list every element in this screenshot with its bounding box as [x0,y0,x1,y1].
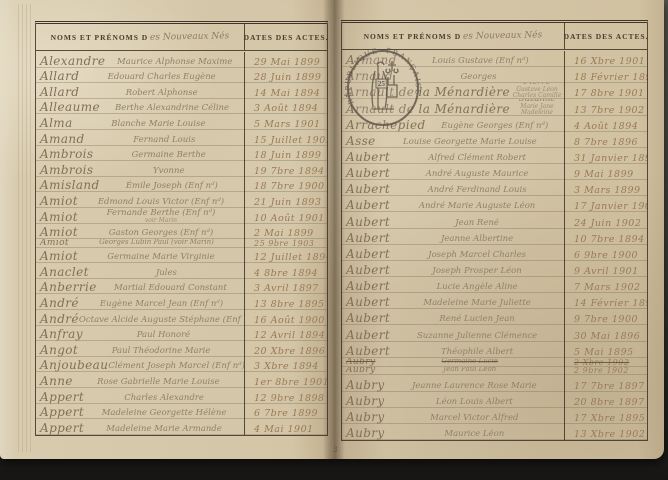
date-cell: 12 9bre 1898 [245,388,327,404]
printed-header-text: NOMS ET PRÉNOMS D [364,32,462,41]
given-names-wrap: Madeleine Marie Armande [84,419,244,435]
act-date-text: 20 8bre 1897 [574,397,645,408]
surname-text: Alma [40,117,73,130]
name-cell: Aubry Germaine Lucie [342,358,565,367]
given-names-text: Edmond Louis Victor (Enf nᵈ) [98,197,224,207]
date-cell: 6 9bre 1900 [565,245,647,261]
surname-text: Amiot [40,211,78,224]
act-date-text: 10 7bre 1894 [574,234,645,245]
name-cell: Amiot Fernande Berthe (Enf nᵈ) voir Mari… [36,208,245,224]
surname-text: Amiot [40,239,69,248]
given-names-wrap: Émile Joseph (Enf nᵈ) [100,177,244,193]
act-date-text: 17 Janvier 1902 [574,201,647,212]
surname-text: André [40,297,79,310]
register-row: Aubry Germaine Lucie 2 Xbre 1902 [342,358,647,367]
given-names-wrap: Jean Paul Léon [375,367,564,376]
given-names-wrap: Joseph Marcel Charles [390,245,564,261]
given-names-wrap: Marcel Victor Alfred [385,408,564,424]
given-names-wrap: Maurice Alphonse Maxime [105,52,244,68]
given-names-text: Joseph Prosper Léon [432,266,521,276]
printed-dates-header-text: DATES DES ACTES. [564,32,649,41]
act-date-text: 17 Xbre 1895 [574,413,645,424]
date-cell: 16 Xbre 1901 [565,51,647,67]
given-names-wrap: André Ferdinand Louis [390,180,564,196]
name-cell: Alleaume Berthe Alexandrine Céline [36,99,245,115]
given-names-wrap: Léon Louis Albert [385,392,564,408]
surname-text: Appert [40,391,84,404]
date-cell: 13 Xbre 1902 [565,424,647,440]
name-cell: Aubert Jeanne Albertine [342,229,565,245]
date-cell: 2 Mai 1899 [245,224,327,240]
date-cell: 9 Avril 1901 [565,261,647,277]
given-names-wrap: Madeleine Marie Juliette [390,293,564,309]
act-date-text: 18 7bre 1900 [254,181,325,192]
given-names-wrap: Gaston Georges (Enf nᵈ) [78,224,244,240]
name-cell: Aubry Léon Louis Albert [342,392,565,408]
name-cell: Aubert René Lucien Jean [342,309,565,325]
name-cell: Aubert André Marie Auguste Léon [342,196,565,212]
act-date-text: 28 Juin 1899 [254,72,321,83]
act-date-text: 21 Juin 1893 [254,197,321,208]
date-cell: 20 Xbre 1896 [245,341,327,357]
name-cell: Anfray Paul Honoré [36,326,245,342]
date-cell: 16 Août 1900 [245,310,327,326]
register-row: Angot Paul Théodorine Marie 20 Xbre 1896 [36,341,327,357]
date-cell: 9 7bre 1900 [565,309,647,325]
act-date-text: 16 Xbre 1901 [574,56,645,67]
act-date-text: 18 Février 1899 [574,72,647,83]
given-names-wrap: Georges Lubin Paul (voir Marin) [69,239,244,248]
register-row: André Octave Alcide Auguste Stéphane (En… [36,310,327,326]
given-names-wrap: Jules [89,263,244,279]
date-cell: 18 Février 1899 [565,67,647,83]
register-row: Appert Charles Alexandre 12 9bre 1898 [36,388,327,404]
date-cell: 20 8bre 1897 [565,392,647,408]
name-cell: Angot Paul Théodorine Marie [36,341,245,357]
act-date-text: 7 Mars 1902 [574,282,641,293]
given-names-wrap: Berthe Alexandrine Céline [100,99,244,115]
surname-text: Aubert [346,199,390,212]
given-names-text: André Ferdinand Louis [428,185,527,195]
act-date-text: 13 8bre 1895 [254,299,325,310]
register-row: Alma Blanche Marie Louise 5 Mars 1901 [36,114,327,130]
register-row: Aubert Suzanne Julienne Clémence 30 Mai … [342,325,647,341]
given-names-text: Martial Edouard Constant [114,283,227,293]
annotation-text: Gustave Léon Charles Camille [510,87,564,99]
name-cell: Aubert Lucie Angèle Aline [342,277,565,293]
name-cell: Amiot Germaine Marie Virginie [36,248,245,264]
register-row: Alleaume Berthe Alexandrine Céline 3 Aoû… [36,99,327,115]
act-date-text: 4 Août 1894 [574,121,638,132]
stamp-value-text: 25 [378,80,386,88]
act-date-text: 30 Mai 1896 [574,331,640,342]
surname-text: Amand [40,133,85,146]
act-date-text: 24 Juin 1902 [574,218,641,229]
register-row: Aubert Madeleine Marie Juliette 14 Févri… [342,293,647,309]
register-row: Amisland Émile Joseph (Enf nᵈ) 18 7bre 1… [36,177,327,193]
given-names-text: Gaston Georges (Enf nᵈ) [109,228,214,238]
surname-text: Anberrie [40,281,97,294]
date-cell: 3 Mars 1899 [565,180,647,196]
given-names-wrap: Lucie Angèle Aline [390,277,564,293]
surname-text: Aubert [346,248,390,261]
date-cell: 1er 8bre 1901 [245,372,327,388]
given-names-wrap: Germaine Lucie [375,358,564,367]
scanned-register-photo: NOMS ET PRÉNOMS D es Nouveaux Nés DATES … [0,0,668,480]
page-edge-texture [18,4,32,452]
register-row: Amiot Edmond Louis Victor (Enf nᵈ) 21 Ju… [36,192,327,208]
date-cell: 9 Mai 1899 [565,164,647,180]
given-names-text: Lucie Angèle Aline [437,282,518,292]
given-names-text: Maurice Léon [444,429,504,439]
register-row: Allard Robert Alphonse 14 Mai 1894 [36,83,327,99]
given-names-text: Blanche Marie Louise [111,119,205,129]
register-row: Anaclet Jules 4 8bre 1894 [36,263,327,279]
register-row: Aubert André Ferdinand Louis 3 Mars 1899 [342,180,647,196]
given-names-text: Eugène Marcel Jean (Enf nᵈ) [100,299,223,309]
surname-text: Amiot [40,226,78,239]
given-names-text: Louise Georgette Marie Louise [403,137,537,147]
name-cell: Asse Louise Georgette Marie Louise [342,132,565,148]
act-date-text: 13 7bre 1902 [574,105,645,116]
date-cell: 29 Mai 1899 [245,52,327,68]
given-names-wrap: Blanche Marie Louise [73,114,244,130]
given-names-text: Germaine Marie Virginie [107,252,214,262]
register-paper: NOMS ET PRÉNOMS D es Nouveaux Nés DATES … [0,0,664,459]
act-date-text: 2 9bre 1902 [574,367,629,376]
date-cell: 17 Janvier 1902 [565,196,647,212]
name-cell: Allard Robert Alphonse [36,83,245,99]
surname-text: Allard [40,86,79,99]
given-names-text: Yvonne [153,166,185,176]
surname-text: Aubert [346,329,390,342]
given-names-wrap: Jeanne Laurence Rose Marie [385,375,564,391]
given-names-text: Madeleine Georgette Hélène [102,408,227,418]
given-names-text: Théophile Albert [441,347,513,357]
given-names-wrap: André Auguste Maurice [390,164,564,180]
register-row: Anne Rose Gabrielle Marie Louise 1er 8br… [36,372,327,388]
register-row: Amiot Gaston Georges (Enf nᵈ) 2 Mai 1899 [36,224,327,240]
register-row: Anjoubeau Clément Joseph Marcel (Enf nᵈ)… [36,357,327,373]
given-names-text: Edouard Charles Eugène [108,72,216,82]
register-row: Aubry Maurice Léon 13 Xbre 1902 [342,424,647,440]
name-cell: Aubry Jean Paul Léon [342,367,565,376]
date-cell: 17 7bre 1897 [565,375,647,391]
surname-text: Appert [40,406,84,419]
given-names-text: Clément Joseph Marcel (Enf nᵈ) [108,361,245,371]
date-cell: 2 Xbre 1902 [565,358,647,367]
given-names-wrap: Charles Alexandre [84,388,244,404]
given-names-wrap: Jeanne Albertine [390,229,564,245]
date-cell: 3 Avril 1897 [245,279,327,295]
name-cell: Aubert Joseph Prosper Léon [342,261,565,277]
surname-text: Aubert [346,345,390,358]
name-cell: Amand Fernand Louis [36,130,245,146]
given-names-wrap: André Marie Auguste Léon [390,196,564,212]
act-date-text: 8 7bre 1896 [574,137,638,148]
date-cell: 2 9bre 1902 [565,367,647,376]
register-row: Ambrois Yvonne 19 7bre 1894 [36,161,327,177]
date-cell: 28 Juin 1899 [245,68,327,84]
date-cell: 4 Mai 1901 [245,419,327,435]
given-names-wrap: Edouard Charles Eugène [79,68,244,84]
given-names-text: Georges Lubin Paul (voir Marin) [99,239,214,246]
surname-text: Amiot [40,250,78,263]
given-names-text: Madeleine Marie Juliette [423,298,530,308]
act-date-text: 10 Août 1901 [254,213,325,224]
register-row: Aubert Joseph Marcel Charles 6 9bre 1900 [342,245,647,261]
register-row: Aubert Jean René 24 Juin 1902 [342,212,647,228]
act-date-text: 31 Janvier 1898 [574,153,647,164]
given-names-text: René Lucien Jean [439,314,514,324]
date-cell: 8 7bre 1896 [565,132,647,148]
surname-text: Aubert [346,167,390,180]
surname-text: Aubert [346,296,390,309]
register-row: Appert Madeleine Georgette Hélène 6 7bre… [36,404,327,420]
name-cell: Appert Madeleine Marie Armande [36,419,245,435]
given-names-wrap: Yvonne [93,161,244,177]
surname-text: Aubry [346,395,385,408]
date-cell: 5 Mars 1901 [245,114,327,130]
date-cell: 18 Juin 1899 [245,146,327,162]
act-date-text: 13 Xbre 1902 [574,429,645,440]
given-names-wrap: Pierre Gustave Léon Charles Camille [510,83,564,99]
surname-text: Aubert [346,312,390,325]
given-names-text: Germaine Berthe [132,150,206,160]
given-names-text: Jules [156,268,177,278]
date-cell: 31 Janvier 1898 [565,148,647,164]
act-date-text: 15 Juillet 1902 [254,135,327,146]
surname-text: Allard [40,70,79,83]
surname-text: Aubry [346,379,385,392]
dates-column-header: DATES DES ACTES. [565,23,647,49]
surname-text: Aubert [346,280,390,293]
name-cell: Aubry Marcel Victor Alfred [342,408,565,424]
act-date-text: 9 Avril 1901 [574,266,639,277]
register-row: Aubert Joseph Prosper Léon 9 Avril 1901 [342,261,647,277]
given-names-wrap: Eugène Marcel Jean (Enf nᵈ) [79,294,244,310]
date-cell: 12 Avril 1894 [245,326,327,342]
name-cell: Aubert Suzanne Julienne Clémence [342,325,565,341]
act-date-text: 19 7bre 1894 [254,166,325,177]
given-names-text: Joseph Marcel Charles [428,250,526,260]
register-row: André Eugène Marcel Jean (Enf nᵈ) 13 8br… [36,294,327,310]
register-row: Allard Edouard Charles Eugène 28 Juin 18… [36,68,327,84]
act-date-text: 14 Mai 1894 [254,88,320,99]
act-date-text: 2 Xbre 1902 [574,358,629,367]
given-names-text: Maurice Alphonse Maxime [117,57,232,67]
given-names-wrap: Paul Théodorine Marie [78,341,244,357]
register-row: Aubert André Marie Auguste Léon 17 Janvi… [342,196,647,212]
surname-text: Asse [346,135,376,148]
printed-dates-header-text: DATES DES ACTES. [244,33,329,42]
date-cell: 5 Mai 1895 [565,342,647,358]
date-cell: 17 8bre 1901 [565,83,647,99]
surname-text: Aubry [346,367,375,376]
act-date-text: 18 Juin 1899 [254,150,321,161]
given-names-text: Charles Alexandre [124,393,204,403]
register-row: Aubry Marcel Victor Alfred 17 Xbre 1895 [342,408,647,424]
name-cell: Amisland Émile Joseph (Enf nᵈ) [36,177,245,193]
register-row: Aubry Léon Louis Albert 20 8bre 1897 [342,392,647,408]
register-row: Aubert Alfred Clément Robert 31 Janvier … [342,148,647,164]
name-cell: Amiot Gaston Georges (Enf nᵈ) [36,224,245,240]
act-date-text: 5 Mars 1901 [254,119,321,130]
annotation-text: Marie Jane Madeleine [510,104,564,116]
act-date-text: 12 9bre 1898 [254,393,325,404]
name-cell: Appert Charles Alexandre [36,388,245,404]
name-cell: Anberrie Martial Edouard Constant [36,279,245,295]
date-cell: 17 Xbre 1895 [565,408,647,424]
republique-francaise-stamp: RÉPUBLIQUE FRANÇAISE 25 [342,45,424,131]
given-names-wrap: Joseph Prosper Léon [390,261,564,277]
date-cell: 4 8bre 1894 [245,263,327,279]
given-names-text: Jeanne Albertine [441,234,513,244]
name-cell: Anjoubeau Clément Joseph Marcel (Enf nᵈ) [36,357,245,373]
given-names-text: André Auguste Maurice [426,169,529,179]
register-row: Amand Fernand Louis 15 Juillet 1902 [36,130,327,146]
act-date-text: 16 Août 1900 [254,315,325,326]
register-row: Appert Madeleine Marie Armande 4 Mai 190… [36,419,327,435]
surname-text: Amiot [40,195,78,208]
handwritten-header-text: es Nouveaux Nés [150,31,229,42]
register-row: Ambrois Germaine Berthe 18 Juin 1899 [36,146,327,162]
register-row: Aubert Lucie Angèle Aline 7 Mars 1902 [342,277,647,293]
act-date-text: 6 9bre 1900 [574,250,638,261]
given-names-text: Jean René [455,218,499,228]
surname-text: André [40,313,79,326]
given-names-wrap: Alfred Clément Robert [390,148,564,164]
name-cell: André Octave Alcide Auguste Stéphane (En… [36,310,245,326]
given-names-wrap: Rose Gabrielle Marie Louise [73,372,244,388]
table-header-left: NOMS ET PRÉNOMS D es Nouveaux Nés DATES … [36,24,327,51]
surname-text: Aubert [346,216,390,229]
act-date-text: 17 8bre 1901 [574,88,645,99]
given-names-text: Fernand Louis [133,135,195,145]
surname-text: Aubert [346,264,390,277]
page-number: 3 [333,446,337,454]
name-cell: Appert Madeleine Georgette Hélène [36,404,245,420]
given-names-text: Paul Honoré [137,330,191,340]
surname-text: Appert [40,422,84,435]
date-cell: 25 9bre 1903 [245,239,327,248]
name-cell: André Eugène Marcel Jean (Enf nᵈ) [36,294,245,310]
act-date-text: 3 Mars 1899 [574,185,641,196]
surname-text: Aubert [346,151,390,164]
surname-text: Aubry [346,411,385,424]
register-row: Amiot Georges Lubin Paul (voir Marin) 25… [36,239,327,248]
act-date-text: 29 Mai 1899 [254,57,320,68]
given-names-text: Alfred Clément Robert [428,153,526,163]
surname-text: Ambrois [40,148,93,161]
name-cell: Amiot Georges Lubin Paul (voir Marin) [36,239,245,248]
name-cell: Aubert Théophile Albert [342,342,565,358]
name-cell: Anaclet Jules [36,263,245,279]
date-cell: 24 Juin 1902 [565,212,647,228]
register-row: Aubert André Auguste Maurice 9 Mai 1899 [342,164,647,180]
given-names-text: Louis Gustave (Enf nᵈ) [432,56,529,66]
given-names-wrap: Suzanne Marie Jane Madeleine [510,99,564,115]
register-row: Aubry Jean Paul Léon 2 9bre 1902 [342,367,647,376]
given-names-wrap: Madeleine Georgette Hélène [84,404,244,420]
register-row: Alexandre Maurice Alphonse Maxime 29 Mai… [36,52,327,68]
given-names-text: André Marie Auguste Léon [419,201,535,211]
date-cell: 15 Juillet 1902 [245,130,327,146]
given-names-text: Émile Joseph (Enf nᵈ) [126,181,218,191]
given-names-wrap: Octave Alcide Auguste Stéphane (Enf nᵈ) [79,310,244,326]
date-cell: 18 7bre 1900 [245,177,327,193]
date-cell: 10 Août 1901 [245,208,327,224]
register-row: Amiot Fernande Berthe (Enf nᵈ) voir Mari… [36,208,327,224]
given-names-wrap: Jean René [390,212,564,228]
register-row: Amiot Germaine Marie Virginie 12 Juillet… [36,248,327,264]
act-date-text: 14 Février 1899 [574,298,647,309]
surname-text: Aubert [346,232,390,245]
act-date-text: 9 Mai 1899 [574,169,634,180]
given-names-wrap: Suzanne Julienne Clémence [390,325,564,341]
given-names-text: Léon Louis Albert [436,397,513,407]
name-cell: Aubert Madeleine Marie Juliette [342,293,565,309]
date-cell: 3 Août 1894 [245,99,327,115]
date-cell: 10 7bre 1894 [565,229,647,245]
date-cell: 21 Juin 1893 [245,192,327,208]
act-date-text: 4 Mai 1901 [254,424,314,435]
handwritten-header-text: es Nouveaux Nés [463,30,542,41]
name-cell: Alexandre Maurice Alphonse Maxime [36,52,245,68]
name-cell: Aubert André Ferdinand Louis [342,180,565,196]
act-date-text: 17 7bre 1897 [574,381,645,392]
name-cell: Anne Rose Gabrielle Marie Louise [36,372,245,388]
register-table-left-page: NOMS ET PRÉNOMS D es Nouveaux Nés DATES … [35,21,328,436]
given-names-wrap: Fernande Berthe (Enf nᵈ) voir Marin [78,208,244,224]
given-names-text: Germaine Lucie [441,358,497,365]
given-names-text: Jeanne Laurence Rose Marie [412,381,537,391]
name-cell: Aubry Maurice Léon [342,424,565,440]
given-names-text: Jean Paul Léon [443,367,496,374]
given-names-wrap: Robert Alphonse [79,83,244,99]
act-date-text: 5 Mai 1895 [574,347,634,358]
given-names-wrap: Germaine Marie Virginie [78,248,244,264]
date-cell: 4 Août 1894 [565,116,647,132]
given-names-text: Robert Alphonse [126,88,198,98]
given-names-text: Eugène Georges (Enf nᵈ) [441,121,548,131]
surname-text: Anne [40,375,73,388]
act-date-text: 9 7bre 1900 [574,314,638,325]
act-date-text: 6 7bre 1899 [254,408,318,419]
surname-text: Ambrois [40,164,93,177]
printed-header-text: NOMS ET PRÉNOMS D [51,33,149,42]
name-cell: Allard Edouard Charles Eugène [36,68,245,84]
surname-text: Aubert [346,183,390,196]
surname-text: Anaclet [40,266,89,279]
surname-text: Aubry [346,358,375,367]
table-body-left: Alexandre Maurice Alphonse Maxime 29 Mai… [36,51,327,435]
surname-text: Alleaume [40,101,100,114]
given-names-wrap: Martial Edouard Constant [97,279,244,295]
given-names-text: Rose Gabrielle Marie Louise [97,377,220,387]
given-names-wrap: Eugène Georges (Enf nᵈ) [426,116,564,132]
given-names-text: Octave Alcide Auguste Stéphane (Enf nᵈ) [79,315,245,325]
act-date-text: 4 8bre 1894 [254,268,318,279]
register-row: Anfray Paul Honoré 12 Avril 1894 [36,326,327,342]
given-names-text: Madeleine Marie Armande [106,424,221,434]
register-row: Aubert René Lucien Jean 9 7bre 1900 [342,309,647,325]
given-names-text: Marcel Victor Alfred [430,413,518,423]
given-names-text: Paul Théodorine Marie [112,346,211,356]
act-date-text: 12 Juillet 1894 [254,252,327,263]
date-cell: 14 Février 1899 [565,293,647,309]
given-names-text: Georges [461,72,497,82]
